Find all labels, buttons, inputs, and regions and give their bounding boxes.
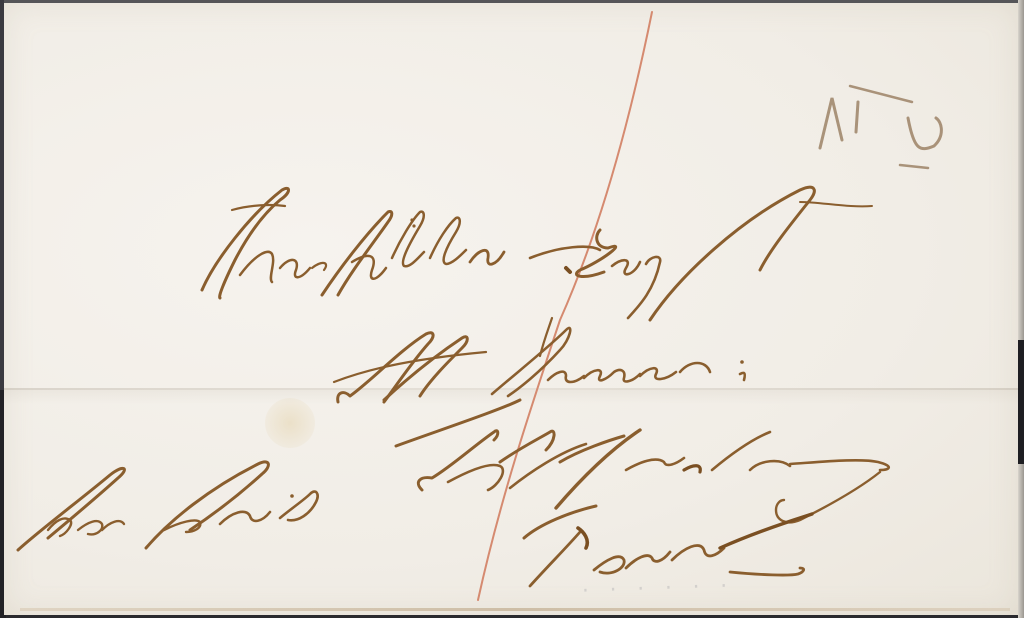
red-crayon-line [478,12,652,600]
address-line-2 [334,318,745,402]
handwriting-layer [0,0,1024,618]
address-line-1 [202,187,872,320]
address-line-4 [524,506,812,586]
address-line-3 [396,400,889,522]
number-handstamp [820,86,941,168]
prepaid-manuscript-mark [18,462,318,550]
